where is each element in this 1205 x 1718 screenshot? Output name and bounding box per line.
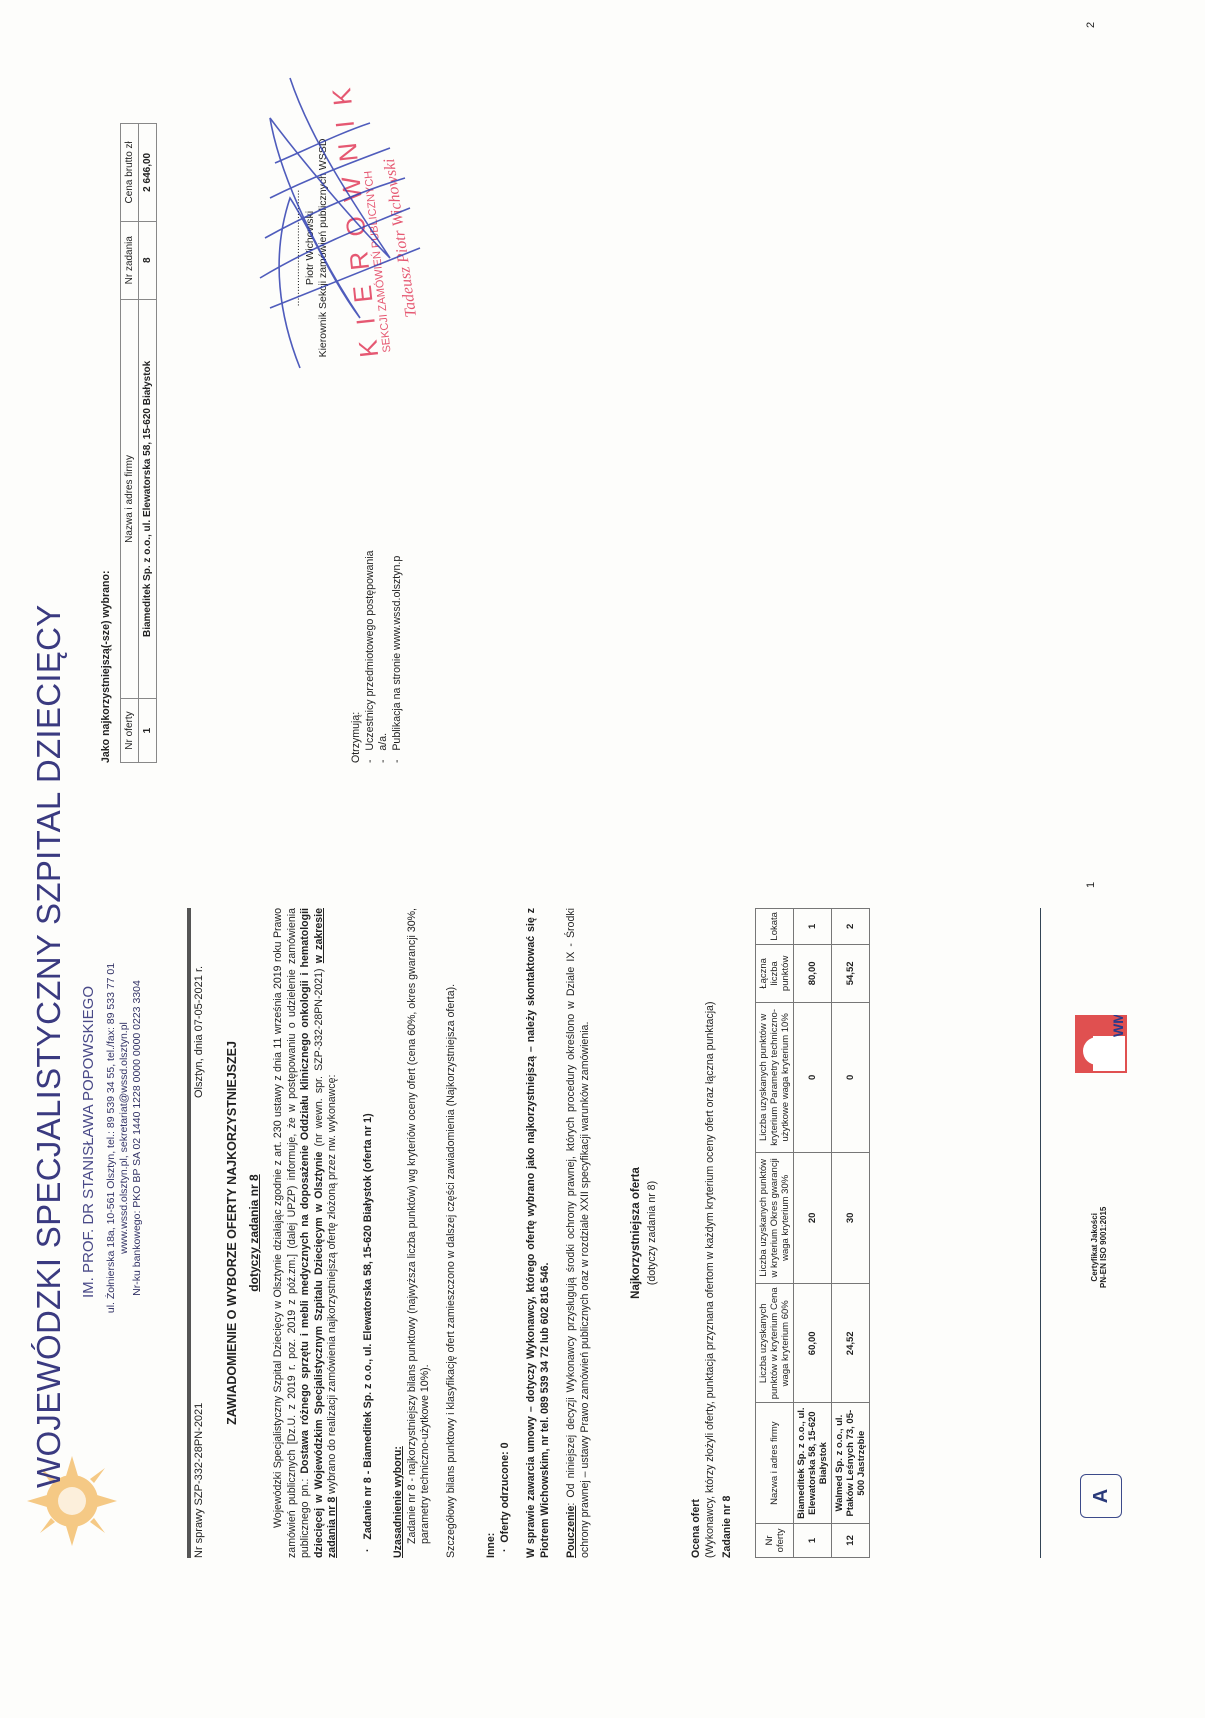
evaluation-section: Ocena ofert (Wykonawcy, którzy złożyli o… — [690, 908, 735, 1558]
instruction-text: Pouczenie: Od niniejszej decyzji Wykonaw… — [565, 908, 592, 1558]
selected-offer-table-header-cell: Cena brutto zł — [121, 124, 139, 222]
selected-offer-table: Nr ofertyNazwa i adres firmyNr zadaniaCe… — [120, 123, 157, 763]
scanned-document: WOJEWÓDZKI SPECJALISTYCZNY SZPITAL DZIEC… — [0, 0, 1205, 1718]
evaluation-table: Nr ofertyNazwa i adres firmyLiczba uzysk… — [755, 908, 870, 1558]
evaluation-table-cell: 0 — [832, 1003, 870, 1152]
justification: Uzasadnienie wyboru: Zadanie nr 8 - najk… — [392, 908, 433, 1558]
selected-offer-table-header-cell: Nazwa i adres firmy — [121, 299, 139, 698]
document-title: ZAWIADOMIENIE O WYBORZE OFERTY NAJKORZYS… — [225, 908, 239, 1558]
contract-text: W sprawie zawarcia umowy – dotyczy Wykon… — [525, 908, 552, 1558]
evaluation-table-cell: 20 — [794, 1152, 832, 1284]
evaluation-table-header-cell: Nr oferty — [756, 1523, 794, 1557]
evaluation-table-cell: 1 — [794, 909, 832, 945]
evaluation-table-cell: Walmed Sp. z o.o., ul. Ptaków Leśnych 73… — [832, 1403, 870, 1523]
recipients: Otrzymują: - Uczestnicy przedmiotowego p… — [350, 363, 404, 763]
bank-line: Nr-ku bankowego: PKO BP SA 02 1440 1228 … — [131, 898, 144, 1378]
evaluation-table-header-cell: Liczba uzyskanych punktów w kryterium Pa… — [756, 1003, 794, 1152]
wm-logo-icon: WM — [1075, 1015, 1127, 1073]
evaluation-table-cell: 2 — [832, 909, 870, 945]
page-number-2: 2 — [1085, 22, 1097, 28]
evaluation-table-row: 1Biameditek Sp. z o.o., ul. Elewatorska … — [794, 909, 832, 1558]
page-number-1: 1 — [1085, 882, 1097, 888]
selected-label: Jako najkorzystniejszą(-sze) wybrano: — [100, 123, 114, 763]
evaluation-table-header-cell: Nazwa i adres firmy — [756, 1403, 794, 1523]
evaluation-table-header-cell: Liczba uzyskanych punktów w kryterium Ok… — [756, 1152, 794, 1284]
evaluation-table-header-cell: Lokata — [756, 909, 794, 945]
selected-offer-table-cell: 8 — [139, 221, 157, 299]
selected-offer-table-header-cell: Nr oferty — [121, 699, 139, 763]
evaluation-table-cell: 60,00 — [794, 1284, 832, 1403]
evaluation-table-cell: 1 — [794, 1523, 832, 1557]
page-2: Jako najkorzystniejszą(-sze) wybrano: Nr… — [0, 0, 1205, 858]
evaluation-table-cell: 30 — [832, 1152, 870, 1284]
best-offer-subtitle: (dotyczy zadania nr 8) — [646, 908, 660, 1558]
place-date: Olsztyn, dnia 07-05-2021 r. — [193, 966, 205, 1098]
evaluation-table-header-cell: Liczba uzyskanych punktów w kryterium Ce… — [756, 1284, 794, 1403]
winner-line: · Zadanie nr 8 - Biameditek Sp. z o.o., … — [362, 902, 376, 1558]
details-text: Szczegółowy bilans punktowy i klasyfikac… — [445, 908, 459, 1558]
evaluation-table-cell: 24,52 — [832, 1284, 870, 1403]
evaluation-table-cell: 80,00 — [794, 944, 832, 1003]
web-line: www.wssd.olsztyn.pl, sekretariat@wssd.ol… — [118, 898, 131, 1378]
page-1: WOJEWÓDZKI SPECJALISTYCZNY SZPITAL DZIEC… — [0, 858, 1205, 1718]
quality-certificate-icon: A — [1080, 1474, 1122, 1518]
evaluation-table-cell: 12 — [832, 1523, 870, 1557]
header-divider — [187, 908, 191, 1558]
selected-offer-table-cell: Biameditek Sp. z o.o., ul. Elewatorska 5… — [139, 299, 157, 698]
best-offer-title: Najkorzystniejsza oferta — [630, 908, 644, 1558]
intro-paragraph: Wojewódzki Specjalistyczny Szpital Dziec… — [272, 908, 340, 1558]
selected-offer-table-cell: 2 646,00 — [139, 124, 157, 222]
footer-divider — [1040, 908, 1041, 1558]
contact-info: ul. Żołnierska 18a, 10-561 Olsztyn, tel.… — [105, 898, 144, 1378]
address-line: ul. Żołnierska 18a, 10-561 Olsztyn, tel.… — [105, 898, 118, 1378]
selected-offer-table-cell: 1 — [139, 699, 157, 763]
handwritten-signature-icon — [240, 58, 430, 378]
svg-text:WM: WM — [1110, 1015, 1126, 1037]
evaluation-table-cell: 54,52 — [832, 944, 870, 1003]
evaluation-table-cell: 0 — [794, 1003, 832, 1152]
selected-offer-table-row: 1Biameditek Sp. z o.o., ul. Elewatorska … — [139, 124, 157, 763]
other-section: Inne: · Oferty odrzucone: 0 — [485, 908, 512, 1558]
case-number: Nr sprawy SZP-332-28PN-2021 — [193, 1403, 205, 1558]
evaluation-table-row: 12Walmed Sp. z o.o., ul. Ptaków Leśnych … — [832, 909, 870, 1558]
document-subtitle: dotyczy zadania nr 8 — [247, 908, 261, 1558]
selected-offer-table-header-cell: Nr zadania — [121, 221, 139, 299]
evaluation-table-header-cell: Łączna liczba punktów — [756, 944, 794, 1003]
certificate-text: Certyfikat Jakości PN-EN ISO 9001:2015 — [1090, 1207, 1108, 1288]
institution-patron: IM. PROF. DR STANISŁAWA POPOWSKIEGO — [80, 986, 97, 1298]
evaluation-table-cell: Biameditek Sp. z o.o., ul. Elewatorska 5… — [794, 1403, 832, 1523]
